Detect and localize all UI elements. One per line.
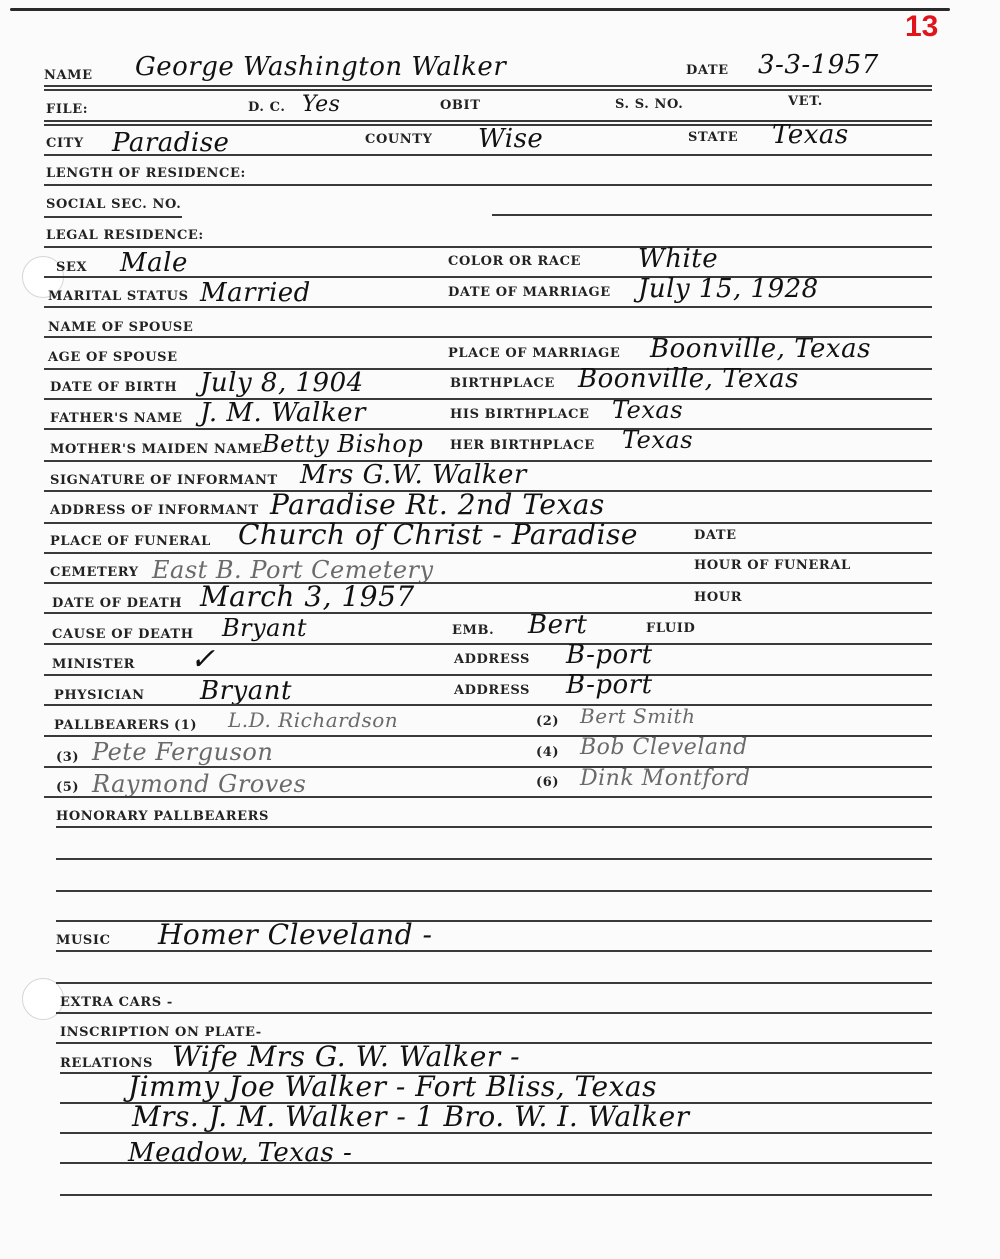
marital-status-label: MARITAL STATUS xyxy=(48,289,189,304)
her-birthplace-label: HER BIRTHPLACE xyxy=(450,438,595,453)
mothers-maiden-name-label: MOTHER'S MAIDEN NAME xyxy=(50,442,263,457)
rule xyxy=(56,826,932,828)
vet-label: VET. xyxy=(788,94,823,109)
pallbearer-number: (3) xyxy=(56,750,79,765)
his-birthplace-value: Texas xyxy=(612,396,683,424)
rule xyxy=(44,306,932,308)
pallbearers-label: PALLBEARERS xyxy=(54,718,170,733)
cause-of-death-value: Bryant xyxy=(222,614,307,642)
date-of-marriage-value: July 15, 1928 xyxy=(638,274,819,304)
address-of-informant-label: ADDRESS OF INFORMANT xyxy=(50,503,259,518)
relations-line: Jimmy Joe Walker - Fort Bliss, Texas xyxy=(128,1070,657,1103)
funeral-record-card: 13 NAME George Washington Walker DATE 3-… xyxy=(0,0,1000,1259)
rule xyxy=(56,1012,932,1014)
cemetery-label: CEMETERY xyxy=(50,565,139,580)
hour-of-funeral-label: HOUR OF FUNERAL xyxy=(694,558,851,573)
date-label: DATE xyxy=(686,63,729,78)
her-birthplace-value: Texas xyxy=(622,426,693,454)
file-label: FILE: xyxy=(46,102,88,117)
sex-label: SEX xyxy=(56,260,87,275)
rule xyxy=(56,950,932,952)
physician-address-label: ADDRESS xyxy=(454,683,530,698)
legal-residence-label: LEGAL RESIDENCE: xyxy=(46,228,204,243)
rule xyxy=(44,89,932,91)
physician-label: PHYSICIAN xyxy=(54,688,145,703)
minister-address-label: ADDRESS xyxy=(454,652,530,667)
pallbearer-name: Dink Montford xyxy=(580,766,750,791)
place-of-marriage-label: PLACE OF MARRIAGE xyxy=(448,346,620,361)
date-value: 3-3-1957 xyxy=(758,50,879,80)
his-birthplace-label: HIS BIRTHPLACE xyxy=(450,407,590,422)
rule xyxy=(44,674,932,676)
card-top-edge xyxy=(10,8,950,11)
sex-value: Male xyxy=(120,248,188,278)
inscription-on-plate-label: INSCRIPTION ON PLATE- xyxy=(60,1025,262,1040)
age-of-spouse-label: AGE OF SPOUSE xyxy=(48,350,178,365)
signature-of-informant-label: SIGNATURE OF INFORMANT xyxy=(50,473,278,488)
rule xyxy=(44,428,932,430)
rule xyxy=(44,216,182,218)
pallbearer-name: L.D. Richardson xyxy=(228,708,398,732)
birthplace-value: Boonville, Texas xyxy=(578,364,799,394)
physician-value: Bryant xyxy=(200,676,292,706)
fluid-label: FLUID xyxy=(646,621,695,636)
date-of-death-value: March 3, 1957 xyxy=(200,580,415,613)
date-of-birth-label: DATE OF BIRTH xyxy=(50,380,177,395)
rule xyxy=(44,735,932,737)
honorary-pallbearers-label: HONORARY PALLBEARERS xyxy=(56,809,269,824)
rule xyxy=(44,154,932,156)
relations-line: Mrs. J. M. Walker - 1 Bro. W. I. Walker xyxy=(132,1100,690,1133)
emb-label: EMB. xyxy=(452,623,494,638)
rule xyxy=(56,982,932,984)
rule xyxy=(56,858,932,860)
name-of-spouse-label: NAME OF SPOUSE xyxy=(48,320,193,335)
dc-label: D. C. xyxy=(248,100,286,115)
rule xyxy=(44,184,932,186)
pallbearer-number: (4) xyxy=(536,745,559,760)
color-race-value: White xyxy=(638,244,718,274)
rule xyxy=(44,643,932,645)
place-of-funeral-value: Church of Christ - Paradise xyxy=(238,518,638,551)
rule xyxy=(44,796,932,798)
funeral-date-label: DATE xyxy=(694,528,737,543)
music-label: MUSIC xyxy=(56,933,111,948)
date-of-birth-value: July 8, 1904 xyxy=(200,368,364,398)
music-value: Homer Cleveland - xyxy=(158,918,433,951)
color-race-label: COLOR OR RACE xyxy=(448,254,581,269)
rule xyxy=(492,214,932,216)
county-value: Wise xyxy=(478,124,543,154)
rule xyxy=(60,1194,932,1196)
rule xyxy=(44,552,932,554)
rule xyxy=(44,704,932,706)
dc-value: Yes xyxy=(302,92,340,117)
rule xyxy=(60,1132,932,1134)
mothers-maiden-name-value: Betty Bishop xyxy=(262,430,423,458)
pallbearer-name: Raymond Groves xyxy=(92,770,306,798)
emb-value: Bert xyxy=(528,610,587,640)
state-label: STATE xyxy=(688,130,738,145)
place-of-funeral-label: PLACE OF FUNERAL xyxy=(50,534,211,549)
name-value: George Washington Walker xyxy=(135,52,506,82)
signature-of-informant-value: Mrs G.W. Walker xyxy=(300,460,527,490)
address-of-informant-value: Paradise Rt. 2nd Texas xyxy=(270,488,605,521)
rule xyxy=(56,890,932,892)
page-number: 13 xyxy=(905,10,938,44)
rule xyxy=(60,1162,932,1164)
minister-value: ✓ xyxy=(190,642,216,677)
pallbearer-number: (6) xyxy=(536,775,559,790)
physician-address-value: B-port xyxy=(566,670,653,700)
minister-address-value: B-port xyxy=(566,640,653,670)
pallbearer-number: (2) xyxy=(536,714,559,729)
state-value: Texas xyxy=(772,120,849,150)
rule xyxy=(44,398,932,400)
birthplace-label: BIRTHPLACE xyxy=(450,376,555,391)
length-of-residence-label: LENGTH OF RESIDENCE: xyxy=(46,166,246,181)
fathers-name-value: J. M. Walker xyxy=(200,398,366,428)
relations-line: Wife Mrs G. W. Walker - xyxy=(172,1040,520,1073)
relations-label: RELATIONS xyxy=(60,1056,153,1071)
pallbearer-number: (1) xyxy=(174,718,197,733)
hole-punch xyxy=(22,978,64,1020)
ss-no-label: S. S. NO. xyxy=(615,97,683,112)
obit-label: OBIT xyxy=(440,98,480,113)
social-sec-no-label: SOCIAL SEC. NO. xyxy=(46,197,181,212)
rule xyxy=(44,766,932,768)
pallbearer-name: Pete Ferguson xyxy=(92,738,273,766)
date-of-death-label: DATE OF DEATH xyxy=(52,596,182,611)
hour-label: HOUR xyxy=(694,590,742,605)
date-of-marriage-label: DATE OF MARRIAGE xyxy=(448,285,611,300)
place-of-marriage-value: Boonville, Texas xyxy=(650,334,871,364)
pallbearer-name: Bob Cleveland xyxy=(580,735,748,760)
rule xyxy=(44,582,932,584)
rule xyxy=(44,85,932,87)
name-label: NAME xyxy=(44,68,93,83)
marital-status-value: Married xyxy=(200,278,311,308)
rule xyxy=(44,612,932,614)
pallbearer-name: Bert Smith xyxy=(580,704,695,728)
pallbearer-number: (5) xyxy=(56,780,79,795)
city-label: CITY xyxy=(46,136,84,151)
cause-of-death-label: CAUSE OF DEATH xyxy=(52,627,194,642)
county-label: COUNTY xyxy=(365,132,432,147)
fathers-name-label: FATHER'S NAME xyxy=(50,411,182,426)
minister-label: MINISTER xyxy=(52,657,135,672)
extra-cars-label: EXTRA CARS - xyxy=(60,995,173,1010)
